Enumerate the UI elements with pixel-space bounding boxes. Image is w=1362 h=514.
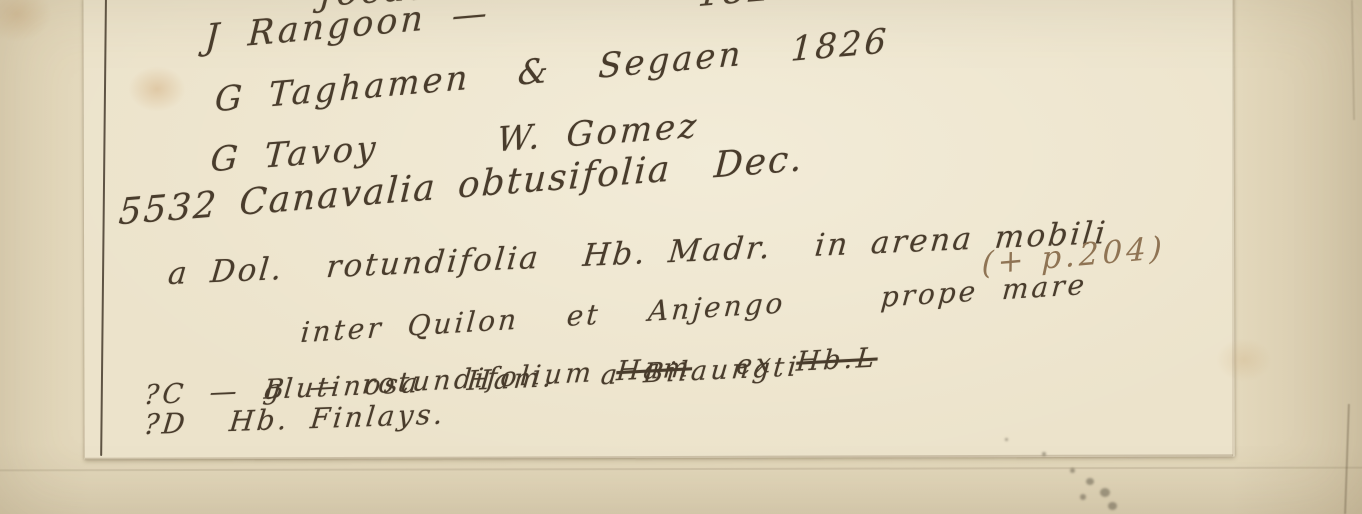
- foxing-stain: [0, 0, 52, 42]
- ink-smudge: [1080, 494, 1086, 500]
- paper-crease: [1351, 0, 1355, 120]
- ink-smudge: [1100, 488, 1110, 497]
- ink-smudge: [1005, 438, 1008, 441]
- struck-word: Hb.L: [795, 342, 879, 377]
- paper-crease: [1344, 404, 1350, 514]
- ink-smudge: [1042, 452, 1046, 456]
- ink-smudge: [1070, 468, 1075, 473]
- sheet-edge: [0, 467, 1362, 471]
- page-scan: ƒocatus Hb. Roya J Rangoon — 1826 G Tagh…: [0, 0, 1362, 514]
- ink-smudge: [1086, 478, 1094, 485]
- ink-smudge: [1108, 502, 1117, 510]
